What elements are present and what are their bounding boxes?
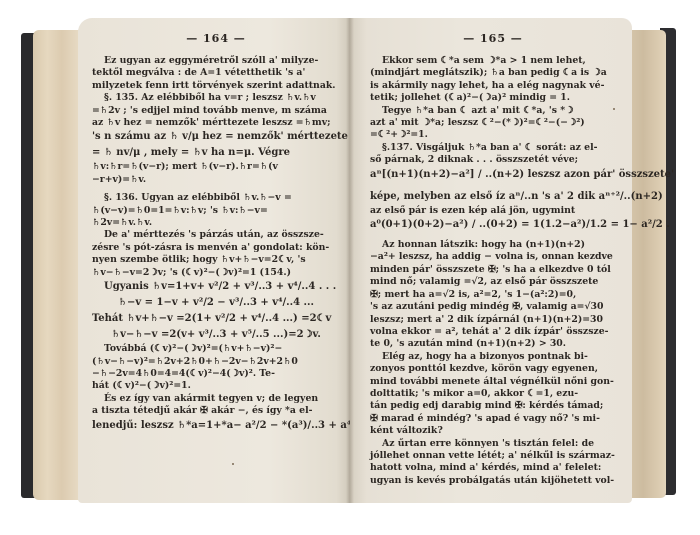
text-line: tán pedig edj darabig mind ✠: kérdés tám…: [370, 400, 616, 412]
text-line: jóllehet onnan vette létét; a' nélkűl is…: [370, 450, 616, 462]
text-line: az ♄v hez = nemzők' mérttezete leszsz =♄…: [92, 117, 340, 129]
text-line: volna ekkor = a², tehát a' 2 dik ízpár' …: [370, 326, 616, 338]
text-line: leszsz; mert a' 2 dik ízpárnál (n+1)(n+2…: [370, 314, 616, 326]
text-line: az első pár is ezen kép alá jön, ugymint: [370, 205, 616, 217]
text-line: −r+v)=♄v.: [92, 174, 340, 186]
right-page: — 165 — Ekkor sem ☾*a sem ☽*a > 1 nem le…: [350, 18, 632, 503]
equation: ♄−v = 1−v + v²/2 − v³/..3 + v⁴/..4 ...: [92, 295, 340, 311]
text-line: ✠ marad é mindég? 's apad é vagy nő? 's …: [370, 413, 616, 425]
text-line: ♄v:♄r=♄(v−r); mert ♄(v−r).♄r=♄(v: [92, 161, 340, 173]
section-137: §.137. Visgáljuk ♄*a ban a' ☾ sorát: az …: [370, 142, 616, 154]
text-line: ♄2v=♄v.♄v.: [92, 217, 340, 229]
text-line: (mindjárt meglátszik); ♄a ban pedig ☾a i…: [370, 67, 616, 79]
text-line: ként változik?: [370, 425, 616, 437]
text-line: zésre 's pót-zásra is menvén a' gondolat…: [92, 242, 340, 254]
text-line: Továbbá (☾v)²−(☽v)²=(♄v+♄−v)²−: [92, 343, 340, 355]
equation: képe, melyben az első íz aⁿ/..n 's a' 2 …: [370, 189, 616, 205]
text-line: azt a' mit ☽*a; leszsz ☾²−(*☽)²=☾²−(−☽²): [370, 117, 616, 129]
text-line: dolttatik; 's mikor a=0, akkor ☾=1, ezu-: [370, 388, 616, 400]
text-line: ső párnak, 2 diknak . . . összszetét vév…: [370, 154, 616, 166]
text-line: =♄2v ; 's edjjel mind tovább menve, m sz…: [92, 105, 340, 117]
page-number: — 165 —: [370, 32, 616, 45]
text-line: Az űrtan erre könnyen 's tisztán felel: …: [370, 438, 616, 450]
text-line: Az honnan látszik: hogy ha (n+1)(n+2): [370, 239, 616, 251]
equation: Tehát ♄v+♄−v =2(1+ v²/2 + v⁴/..4 ...) =2…: [92, 311, 340, 327]
text-line: −♄−2v=4♄0=4=4(☾v)²−4(☽v)². Te-: [92, 368, 340, 380]
text-line: −a²+ leszsz, ha addig − volna is, onnan …: [370, 251, 616, 263]
equation: aⁿ[(n+1)(n+2)−a²] / ..(n+2) leszsz azon …: [370, 167, 616, 183]
page-edges-left: [33, 30, 81, 500]
text-line: mind nő; valamig =√2, az első pár összsz…: [370, 276, 616, 288]
text-line: Tegye ♄*a ban ☾ azt a' mit ☾*a, 's *☽: [370, 105, 616, 117]
left-page: — 164 — Ez ugyan az eggyméretről szóll a…: [78, 18, 350, 503]
section-135: §. 135. Az elébbiből ha v=r ; leszsz ♄v.…: [92, 92, 340, 104]
text-line: is akármily nagy lehet, ha a elég nagyna…: [370, 80, 616, 92]
equation: = ♄ nv/μ , mely = ♄v ha n=μ. Végre: [92, 145, 340, 161]
text-line: nyen szembe ötlik; hogy ♄v+♄−v=2☾v, 's: [92, 254, 340, 266]
equation: ♄v−♄−v =2(v+ v³/..3 + v⁵/..5 ...)=2☽v.: [92, 327, 340, 343]
text-line: 's az azutáni pedig mindég ✠, valamig a=…: [370, 301, 616, 313]
text-line: hatott volna, mind a' kérdés, mind a' fe…: [370, 462, 616, 474]
book-gutter: [346, 18, 354, 503]
text-line: ✠; mert ha a=√2 is, a²=2, 's 1−(a²:2)=0,: [370, 289, 616, 301]
text-line: milyzetek fenn irtt törvények szerint ad…: [92, 80, 340, 92]
text-line: tetik; jollehet (☾a)²−(☽a)² mindig = 1.: [370, 92, 616, 104]
equation: lenedjű: leszsz ♄*a=1+*a− a²/2 − *(a³)/.…: [92, 418, 340, 434]
text-line: (♄v−♄−v)²=♄2v+2♄0+♄−2v−♄2v+2♄0: [92, 356, 340, 368]
text-line: zonyos ponttól kezdve, körön vagy egyene…: [370, 363, 616, 375]
text-line: Ekkor sem ☾*a sem ☽*a > 1 nem lehet,: [370, 55, 616, 67]
text-line: Elég az, hogy ha a bizonyos pontnak bi-: [370, 351, 616, 363]
section-136: §. 136. Ugyan az elébbiből ♄v.♄−v =: [92, 192, 340, 204]
text-line: Ez ugyan az eggyméretről szóll a' milyze…: [92, 55, 340, 67]
page-number: — 164 —: [92, 32, 340, 45]
paper-speck: [613, 108, 615, 110]
equation: a⁰(0+1)(0+2)−a²) / ..(0+2) = 1(1.2−a²)/1…: [370, 217, 616, 233]
paper-speck: [232, 463, 234, 465]
text-line: hát (☾v)²−(☽v)²=1.: [92, 380, 340, 392]
text-line: =☾²+☽²=1.: [370, 129, 616, 141]
text-line: te 0, 's azután mind (n+1)(n+2) > 30.: [370, 338, 616, 350]
text-line: De a' mérttezés 's párzás után, az összs…: [92, 229, 340, 241]
text-line: ♄v−♄−v=2☽v; 's (☾v)²−(☽v)²=1 (154.): [92, 267, 340, 279]
text-line: mind további menete által végnélkül nőni…: [370, 376, 616, 388]
text-line: ugyan is kevés probálgatás után kijöhete…: [370, 475, 616, 487]
text-line: minden pár' összszete ✠; 's ha a elkezdv…: [370, 264, 616, 276]
text-line: tektől megválva : de A=1 vétetthetik 's …: [92, 67, 340, 79]
text-line: ♄(v−v)=♄0=1=♄v:♄v; 's ♄v:♄−v=: [92, 205, 340, 217]
equation: Ugyanis ♄v=1+v+ v²/2 + v³/..3 + v⁴/..4 .…: [92, 279, 340, 295]
text-line: És ez így van akármit tegyen v; de legye…: [92, 393, 340, 405]
page-edges-right: [628, 30, 666, 498]
text-line: a tiszta tétedjű akár ✠ akár −, és így *…: [92, 405, 340, 417]
text-line: 's n számu az ♄ v/μ hez = nemzők' mértte…: [92, 129, 340, 145]
